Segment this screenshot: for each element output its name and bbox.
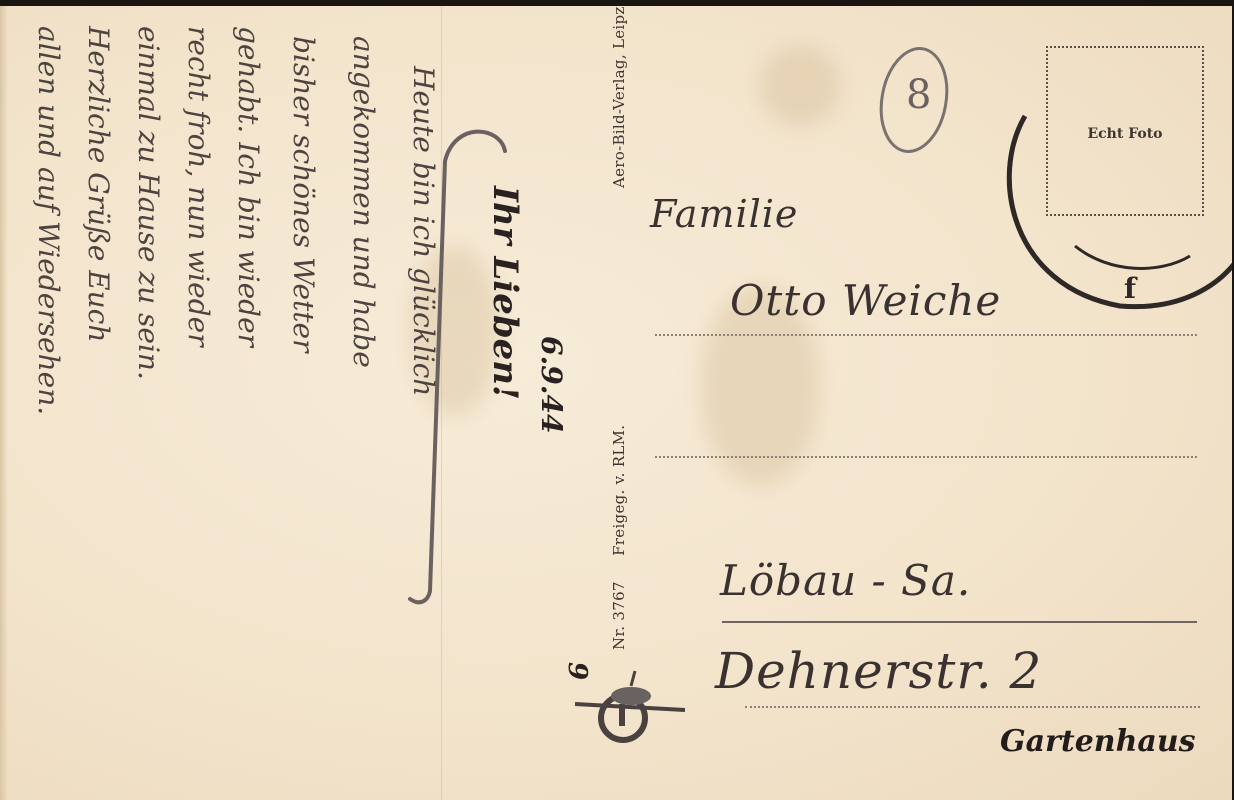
address-extra: Gartenhaus [1000, 724, 1196, 759]
message-line: gehabt. Ich bin wieder [232, 26, 265, 347]
address-city: Löbau - Sa. [720, 556, 971, 605]
message-line: allen und auf Wiedersehen. [32, 26, 65, 415]
postcard-back: 6.9.44 Ihr Lieben! Heute bin ich glückli… [0, 6, 1232, 800]
address-line [722, 621, 1197, 623]
address-recipient-prefix: Familie [650, 192, 798, 236]
message-line: recht froh, nun wieder [182, 26, 215, 347]
message-line: bisher schönes Wetter [287, 36, 320, 352]
address-line [655, 456, 1197, 458]
publisher-imprint: Aero-Bild-Verlag, Leipzig C1 [610, 6, 628, 188]
address-line [745, 706, 1200, 708]
water-stain [760, 46, 840, 126]
address-line [655, 334, 1197, 336]
bracket-stroke [400, 121, 520, 611]
pencil-note: 8 [906, 72, 931, 118]
message-date-marker: 9 [562, 662, 592, 680]
address-street: Dehnerstr. 2 [715, 642, 1042, 700]
address-recipient-name: Otto Weiche [730, 276, 1001, 325]
message-line: einmal zu Hause zu sein. [132, 26, 165, 380]
message-line: Herzliche Grüße Euch [82, 26, 115, 342]
message-line: angekommen und habe [347, 36, 380, 368]
postmark-letter: f [1124, 272, 1136, 305]
message-date: 6.9.44 [535, 336, 568, 433]
postmark [1000, 96, 1232, 311]
number-imprint: Nr. 3767 Freigeg. v. RLM. [610, 425, 628, 650]
